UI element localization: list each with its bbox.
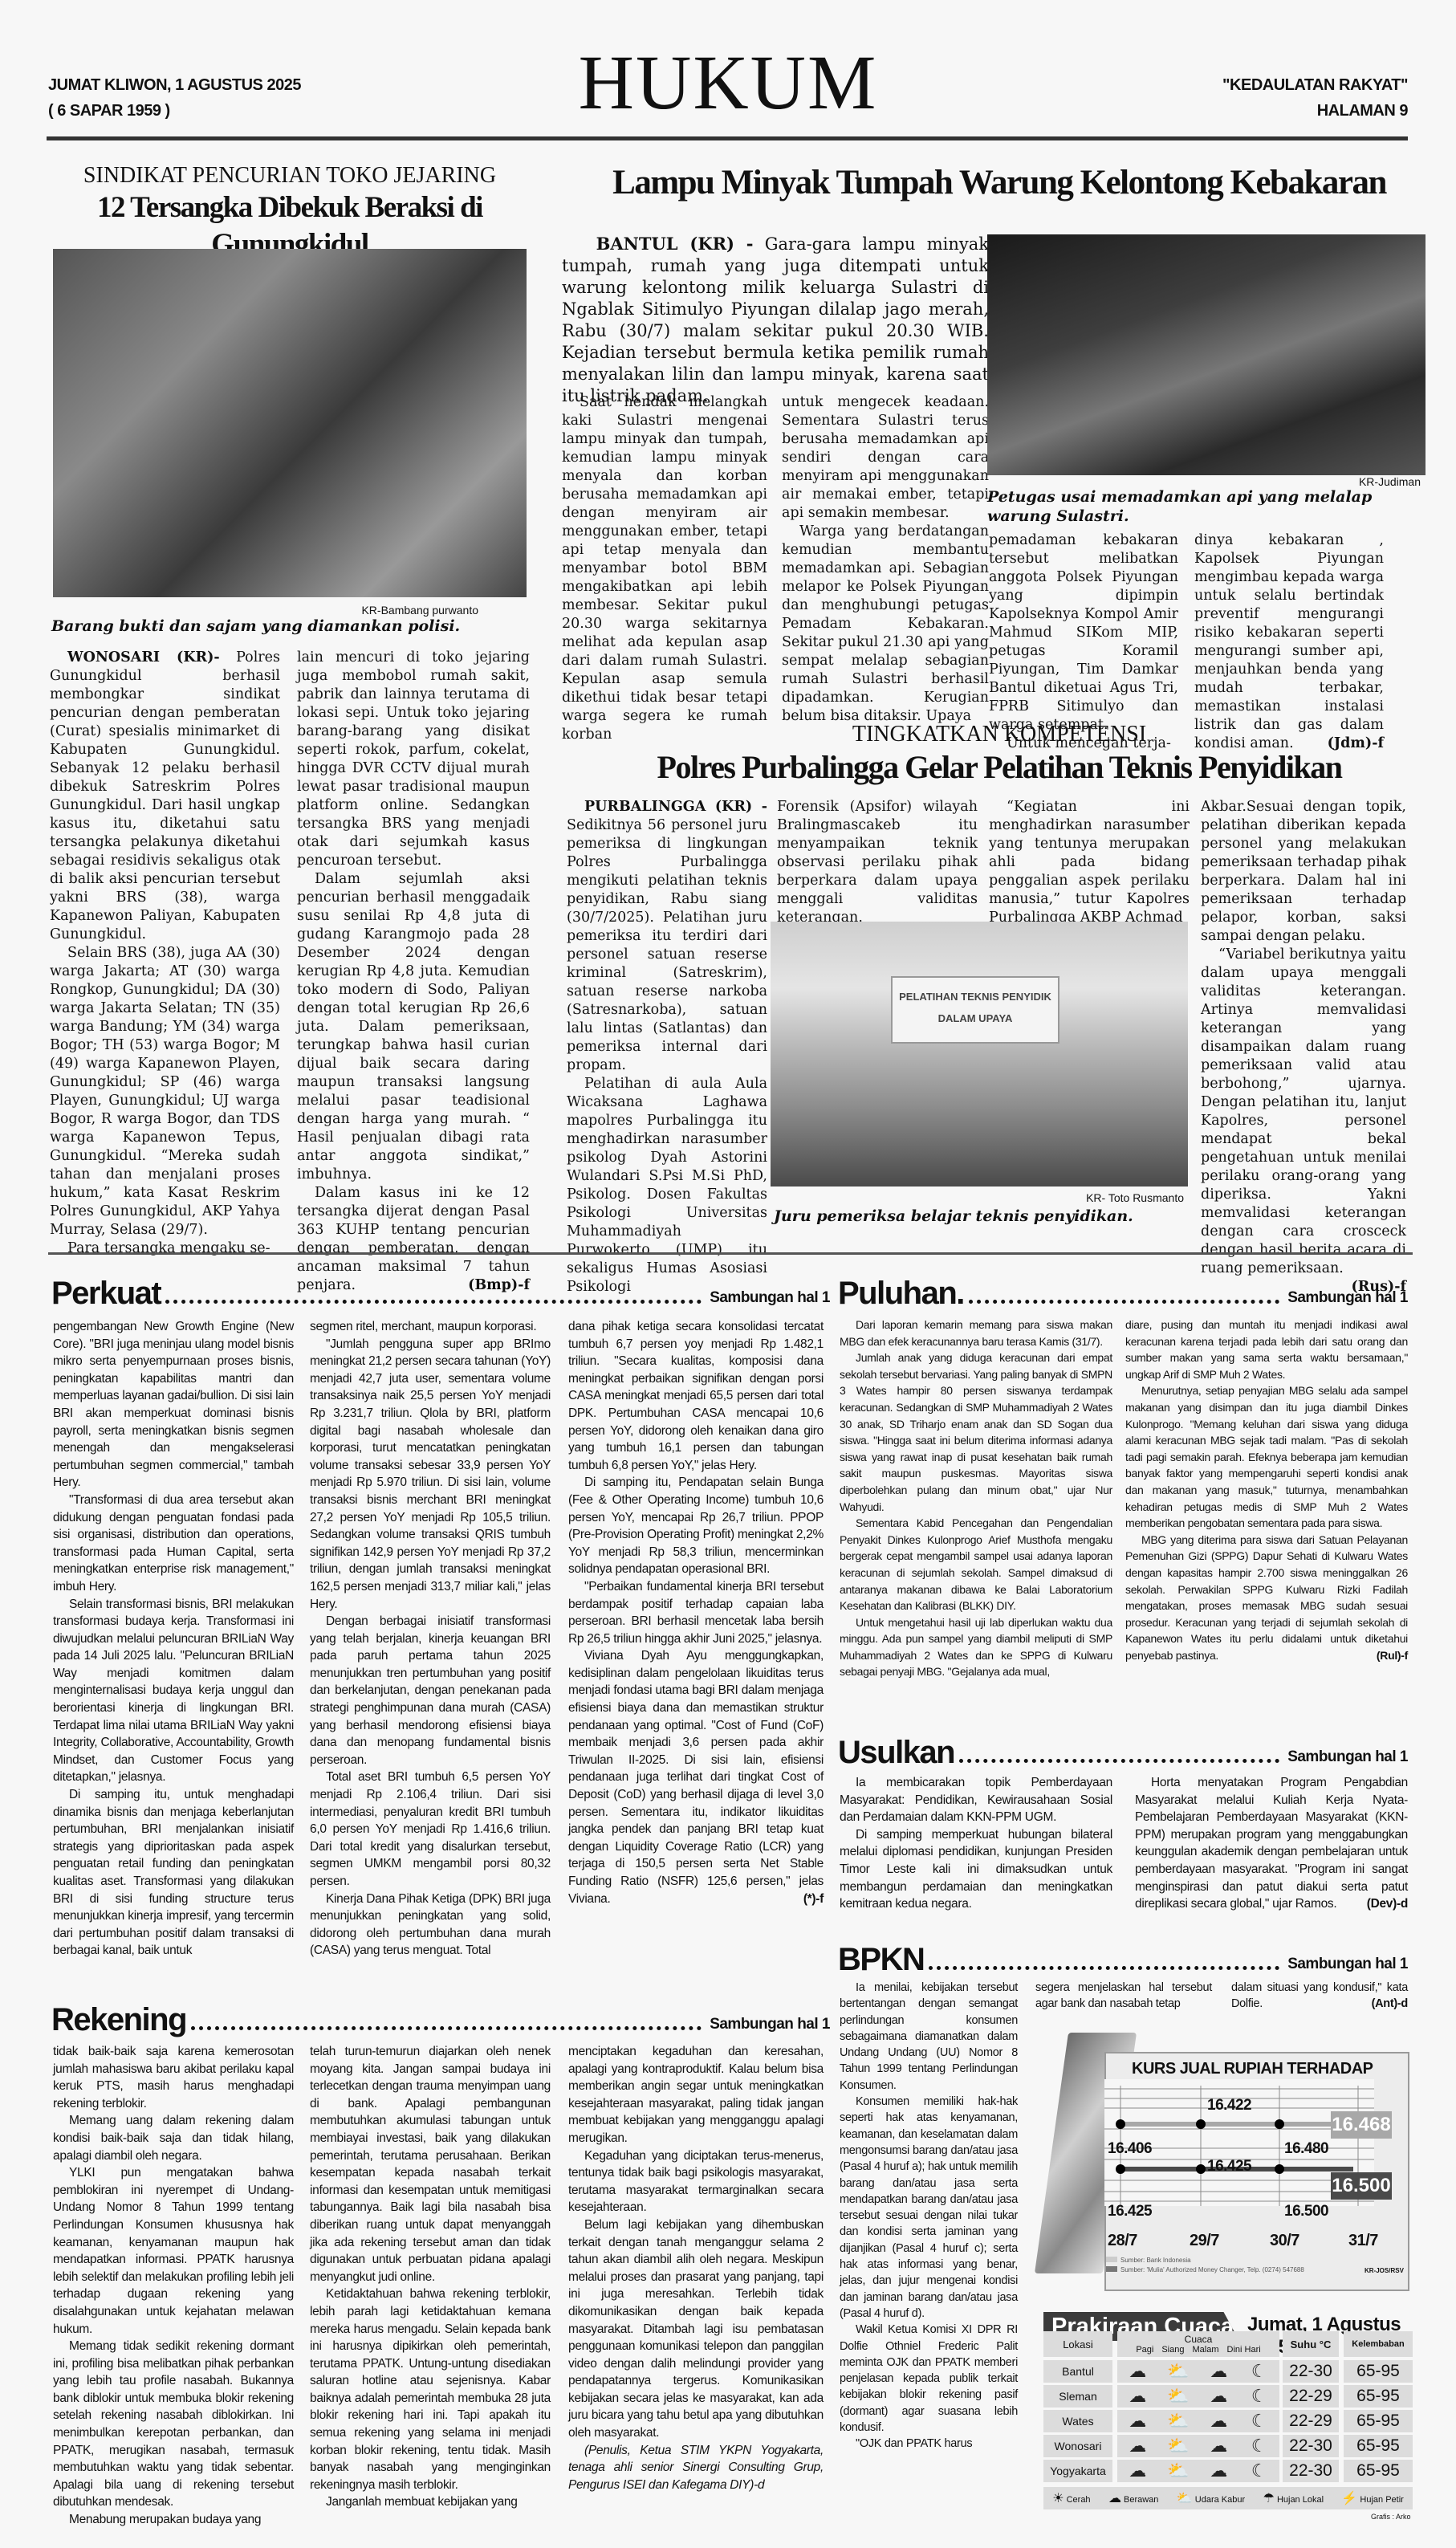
perkuat-col-1: pengembangan New Growth Engine (New Core… [53,1318,294,1960]
moon-cloud-icon: ☾ [1239,2411,1279,2432]
humidity-wonosari: 65-95 [1344,2435,1413,2457]
thunderstorm-icon: ⚡ [1341,2492,1357,2505]
header-temperature: Suhu °C [1283,2331,1339,2357]
x-tick-29-7: 29/7 [1190,2232,1219,2250]
perkuat-header: Perkuat Sambungan hal 1 [51,1276,830,1310]
cloud-icon: ☁ [1198,2436,1238,2456]
weather-legend: ☀ Cerah ☁ Berawan ⛅ Udara Kabur ☂ Hujan … [1043,2487,1413,2509]
story3-photo-credit: KR- Toto Rusmanto [771,1191,1184,1204]
haze-icon: ⛅ [1158,2411,1198,2432]
mulia-value-28-7: 16.425 [1108,2203,1152,2220]
haze-icon: ⛅ [1177,2492,1193,2505]
perkuat-title: Perkuat [51,1276,161,1310]
leader-dots [929,1966,1279,1970]
perkuat-col-2: segmen ritel, merchant, maupun korporasi… [310,1318,551,1960]
story1-col-2: lain mencuri di toko jejaring juga membo… [297,649,530,1295]
rain-icon: ☂ [1263,2492,1275,2505]
bi-value-29-7: 16.422 [1207,2097,1251,2115]
legend-udara-kabur: ⛅ Udara Kabur [1177,2490,1245,2506]
temp-wonosari: 22-30 [1283,2435,1339,2457]
bi-value-30-7: 16.480 [1284,2140,1328,2158]
perkuat-col-3: dana pihak ketiga secara konsolidasi ter… [568,1318,824,1907]
temp-sleman: 22-29 [1283,2385,1339,2408]
story3-col-3: “Kegiatan ini menghadirkan narasumber ya… [989,798,1190,927]
bpkn-header: BPKN Sambungan hal 1 [838,1943,1408,1976]
weather-credit: Grafis : Arko [1371,2513,1411,2521]
story3-headline: Polres Purbalingga Gelar Pelatihan Tekni… [562,745,1437,790]
haze-icon: ⛅ [1158,2386,1198,2407]
story1-dateline: WONOSARI (KR)- [67,649,220,665]
story2-col-3: pemadaman kebakaran tersebut melibatkan … [989,531,1178,753]
legend-hujan-petir: ⚡ Hujan Petir [1341,2490,1403,2506]
weather-icons-wonosari: ☁⛅☁☾ [1117,2435,1279,2457]
location-bantul: Bantul [1043,2360,1112,2383]
bpkn-col-1: Ia menilai, kebijakan tersebut bertentan… [840,1980,1018,2452]
mulia-value-30-7: 16.500 [1284,2203,1328,2220]
continuation-label: Sambungan hal 1 [710,1289,830,1310]
moon-cloud-icon: ☾ [1239,2460,1279,2481]
cloud-icon: ☁ [1198,2361,1238,2382]
rekening-col-3: menciptakan kegaduhan dan keresahan, apa… [568,2043,824,2493]
cloud-icon: ☁ [1117,2411,1157,2432]
moon-cloud-icon: ☾ [1239,2436,1279,2456]
bpkn-col-3: dalam situasi yang kondusif," kata Dolfi… [1231,1980,1408,2013]
usulkan-col-2: Horta menyatakan Program Pengabdian Masy… [1135,1774,1408,1913]
humidity-wates: 65-95 [1344,2410,1413,2432]
haze-icon: ⛅ [1158,2460,1198,2481]
weather-icons-yogyakarta: ☁⛅☁☾ [1117,2460,1279,2482]
story2-photo [987,234,1425,475]
story1-kicker: SINDIKAT PENCURIAN TOKO JEJARING [50,162,530,189]
puluhan-signoff: (Rul)-f [1360,1647,1408,1664]
weather-forecast: Prakiraan Cuaca Jumat, 1 Agustus 2025 Lo… [1043,2307,1413,2548]
location-yogyakarta: Yogyakarta [1043,2460,1112,2482]
moon-cloud-icon: ☾ [1239,2361,1279,2382]
rekening-col-1: tidak baik-baik saja karena kemerosotan … [53,2043,294,2529]
mulia-value-29-7: 16.425 [1207,2158,1251,2176]
usulkan-signoff: (Dev)-d [1351,1895,1408,1913]
bpkn-signoff: (Ant)-d [1372,1996,1408,2012]
moon-cloud-icon: ☾ [1239,2386,1279,2407]
header-location: Lokasi [1043,2331,1112,2357]
bi-value-31-7: 16.468 [1331,2111,1392,2139]
temp-wates: 22-29 [1283,2410,1339,2432]
chart-legend: Sumber: Bank Indonesia Sumber: 'Mulia' A… [1106,2256,1304,2275]
usulkan-header: Usulkan Sambungan hal 1 [838,1736,1408,1769]
story2-caption: Petugas usai memadamkan api yang melalap… [987,487,1421,526]
cloud-icon: ☁ [1117,2361,1157,2382]
puluhan-col-2: diare, pusing dan muntah itu menjadi ind… [1125,1317,1408,1663]
bpkn-title: BPKN [838,1943,924,1976]
perkuat-signoff: (*)-f [787,1891,824,1908]
rekening-title: Rekening [51,2003,186,2037]
haze-icon: ⛅ [1158,2361,1198,2382]
x-tick-31-7: 31/7 [1348,2232,1378,2250]
usulkan-title: Usulkan [838,1736,954,1769]
x-tick-28-7: 28/7 [1108,2232,1137,2250]
cloud-icon: ☁ [1198,2460,1238,2481]
continuation-label: Sambungan hal 1 [1287,1748,1408,1769]
story1-photo [53,249,527,597]
rekening-col-2: telah turun-temurun diajarkan oleh nenek… [310,2043,551,2511]
legend-hujan-lokal: ☂ Hujan Lokal [1263,2490,1324,2506]
story3-col-4: Akbar.Sesuai dengan topik, pelatihan dib… [1201,798,1406,1296]
header-humidity: Kelembaban [1344,2331,1413,2357]
story3-photo: PELATIHAN TEKNIS PENYIDIK DALAM UPAYA [771,922,1188,1186]
header-weather: Cuaca Pagi Siang Malam Dini Hari [1117,2331,1279,2357]
cloud-icon: ☁ [1117,2386,1157,2407]
story2-col-2: untuk mengecek keadaan. Sementara Sulast… [782,393,989,726]
story2-col-1: Saat hendak melangkah kaki Sulastri meng… [562,393,767,744]
section-divider [48,1252,1413,1255]
story3-caption: Juru pemeriksa belajar teknis penyidikan… [774,1207,1191,1226]
story1-caption: Barang bukti dan sajam yang diamankan po… [51,617,530,636]
humidity-sleman: 65-95 [1344,2385,1413,2408]
location-sleman: Sleman [1043,2385,1112,2408]
story3-dateline: PURBALINGGA (KR) - [584,799,767,815]
puluhan-col-1: Dari laporan kemarin memang para siswa m… [840,1317,1112,1680]
legend-cerah: ☀ Cerah [1052,2490,1090,2506]
legend-berawan: ☁ Berawan [1108,2490,1158,2506]
story3-kicker: TINGKATKAN KOMPETENSI [562,721,1437,748]
humidity-yogyakarta: 65-95 [1344,2460,1413,2482]
projector-screen: PELATIHAN TEKNIS PENYIDIK DALAM UPAYA [891,976,1059,1044]
mulia-value-31-7: 16.500 [1331,2172,1392,2200]
leader-dots [191,2026,702,2030]
story3-col-1: PURBALINGGA (KR) - Sedikitnya 56 persone… [567,798,767,1296]
continuation-label: Sambungan hal 1 [1287,1956,1408,1976]
rekening-header: Rekening Sambungan hal 1 [51,2003,830,2037]
haze-icon: ⛅ [1158,2436,1198,2456]
temp-bantul: 22-30 [1283,2360,1339,2383]
bpkn-col-2: segera menjelaskan hal tersebut agar ban… [1035,1980,1212,2013]
cloud-icon: ☁ [1198,2386,1238,2407]
story2-headline: Lampu Minyak Tumpah Warung Kelontong Keb… [562,159,1437,207]
puluhan-title: Puluhan. [838,1276,964,1310]
leader-dots [959,1759,1279,1763]
leader-dots [165,1300,702,1304]
story2-lead: BANTUL (KR) - Gara-gara lampu minyak tum… [562,233,989,407]
humidity-bantul: 65-95 [1344,2360,1413,2383]
story3-col-2: Forensik (Apsifor) wilayah Bralingmascak… [777,798,978,927]
bi-value-28-7: 16.406 [1108,2140,1152,2158]
currency-chart: KURS JUAL RUPIAH TERHADAP DOLAR AS 16.42… [1043,2023,1409,2292]
sun-icon: ☀ [1052,2492,1064,2505]
story1-photo-credit: KR-Bambang purwanto [53,604,478,617]
story2-photo-credit: KR-Judiman [987,475,1421,488]
cloud-icon: ☁ [1117,2460,1157,2481]
page-number: HALAMAN 9 [1222,98,1408,124]
cloud-icon: ☁ [1198,2411,1238,2432]
weather-icons-bantul: ☁⛅☁☾ [1117,2360,1279,2383]
x-tick-30-7: 30/7 [1270,2232,1299,2250]
masthead-rule [47,136,1408,140]
story1-col-1: WONOSARI (KR)- Polres Gunungkidul berhas… [50,649,280,1258]
puluhan-header: Puluhan. Sambungan hal 1 [838,1276,1408,1310]
weather-icons-sleman: ☁⛅☁☾ [1117,2385,1279,2408]
cloud-icon: ☁ [1108,2492,1121,2505]
location-wates: Wates [1043,2410,1112,2432]
weather-icons-wates: ☁⛅☁☾ [1117,2410,1279,2432]
leader-dots [969,1300,1279,1304]
author-note: (Penulis, Ketua STIM YKPN Yogyakarta, te… [568,2444,824,2492]
chart-credit: KR-JOS/RSV [1364,2267,1404,2274]
story2-col-4: dinya kebakaran , Kapolsek Piyungan meng… [1194,531,1384,753]
masthead-publication: "KEDAULATAN RAKYAT" HALAMAN 9 [1222,72,1408,124]
story2-dateline: BANTUL (KR) - [596,234,754,254]
continuation-label: Sambungan hal 1 [710,2016,830,2037]
publication-name: "KEDAULATAN RAKYAT" [1222,72,1408,98]
usulkan-col-1: Ia membicarakan topik Pemberdayaan Masya… [840,1774,1112,1913]
continuation-label: Sambungan hal 1 [1287,1289,1408,1310]
location-wonosari: Wonosari [1043,2435,1112,2457]
temp-yogyakarta: 22-30 [1283,2460,1339,2482]
cloud-icon: ☁ [1117,2436,1157,2456]
